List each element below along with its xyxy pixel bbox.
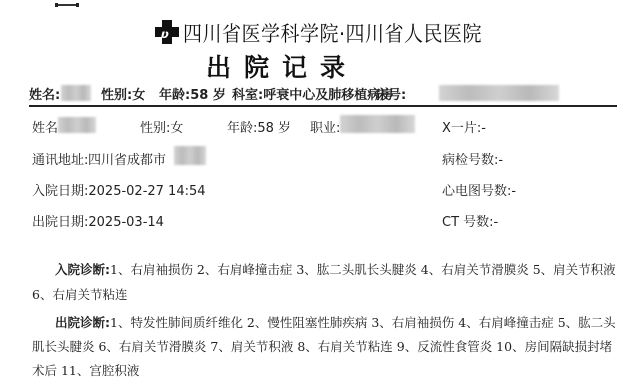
discharge-diagnosis-line-2: 肌长头腱炎 6、右肩关节滑膜炎 7、肩关节积液 8、右肩关节粘连 9、反流性食管…: [32, 335, 612, 359]
admission-diagnosis-line-2: 6、右肩关节粘连: [32, 283, 127, 307]
occupation-redacted: [340, 115, 415, 133]
admission-diagnosis-label: 入院诊断:: [55, 262, 110, 277]
summary-row: 姓名: 性别:女 年龄:58 岁 科室:呼衰中心及肺移植病房 床号:: [29, 84, 617, 104]
header-rule: [29, 105, 617, 107]
summary-name-redacted: [61, 85, 91, 101]
summary-department: 科室:呼衰中心及肺移植病房: [232, 84, 393, 103]
hospital-header: ʋ 四川省医学科学院·四川省人民医院: [155, 19, 482, 45]
top-edge-mark: [56, 4, 78, 6]
admission-date: 入院日期:2025-02-27 14:54: [32, 180, 206, 199]
patient-name-label: 姓名: [32, 117, 58, 136]
address-redacted: [174, 146, 206, 165]
discharge-diagnosis-line-1: 出院诊断:1、特发性肺间质纤维化 2、慢性阻塞性肺疾病 3、右肩袖损伤 4、右肩…: [55, 311, 616, 335]
patient-gender: 性别:女: [140, 117, 183, 136]
address-label: 通讯地址:: [32, 149, 88, 168]
admission-diagnosis-line-1: 入院诊断:1、右肩袖损伤 2、右肩峰撞击症 3、肱二头肌长头腱炎 4、右肩关节滑…: [55, 258, 616, 282]
summary-gender: 性别:女: [101, 84, 145, 103]
ecg-number: 心电图号数:-: [442, 180, 516, 199]
xray-number: X一片:-: [442, 117, 486, 136]
address-value: 四川省成都市: [88, 149, 166, 168]
ct-number: CT 号数:-: [442, 211, 498, 230]
occupation-label: 职业:: [310, 117, 340, 136]
hospital-name: 四川省医学科学院·四川省人民医院: [183, 17, 482, 47]
discharge-date: 出院日期:2025-03-14: [32, 211, 164, 230]
discharge-diagnosis-label: 出院诊断:: [55, 315, 110, 330]
hospital-cross-logo-icon: ʋ: [155, 20, 179, 44]
patient-age: 年龄:58 岁: [227, 117, 291, 136]
document-title: 出院记录: [206, 48, 358, 84]
summary-bed-redacted: [439, 85, 559, 101]
discharge-diagnosis-line-3: 术后 11、宫腔积液: [32, 359, 139, 383]
summary-age: 年龄:58 岁: [159, 84, 226, 103]
pathology-number: 病检号数:-: [442, 149, 503, 168]
patient-name-redacted: [58, 117, 96, 133]
summary-name-label: 姓名:: [29, 84, 60, 103]
summary-bed-label: 床号:: [375, 84, 406, 103]
